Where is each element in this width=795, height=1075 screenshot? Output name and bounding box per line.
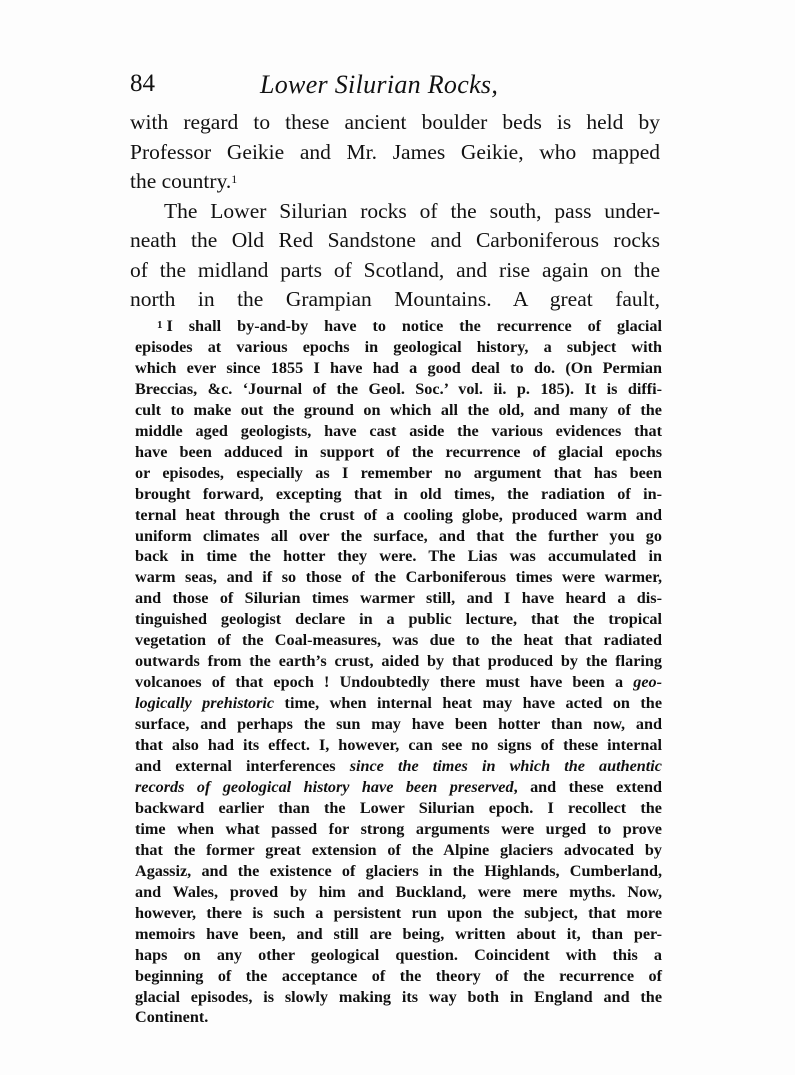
italic-text: since the times in which the authentic (350, 757, 662, 775)
text-line: north in the Grampian Mountains. A great… (130, 285, 660, 315)
footnote-text: I shall by-and-by have to notice the rec… (167, 317, 663, 335)
text-line-with-ref: the country.1 (130, 167, 660, 197)
footnote-line: glacial episodes, is slowly making its w… (135, 987, 662, 1008)
text-line: of the midland parts of Scotland, and ri… (130, 256, 660, 286)
footnote-line: however, there is such a persistent run … (135, 903, 662, 924)
footnote-line: Agassiz, and the existence of glaciers i… (135, 861, 662, 882)
footnote-line: Continent. (135, 1007, 662, 1028)
text-line: with regard to these ancient boulder bed… (130, 108, 660, 138)
footnote-line: volcanoes of that epoch ! Undoubtedly th… (135, 672, 662, 693)
footnote-line: records of geological history have been … (135, 777, 662, 798)
italic-text: geo- (633, 673, 662, 691)
footnote-line: and those of Silurian times warmer still… (135, 588, 662, 609)
footnote-line: 1I shall by-and-by have to notice the re… (135, 316, 662, 337)
footnote-line: memoirs have been, and still are being, … (135, 924, 662, 945)
footnote-line: which ever since 1855 I have had a good … (135, 358, 662, 379)
footnote-line: middle aged geologists, have cast aside … (135, 421, 662, 442)
footnote-text: and external interferences (135, 757, 350, 775)
footnote-line: beginning of the acceptance of the theor… (135, 966, 662, 987)
text-line: The Lower Silurian rocks of the south, p… (130, 197, 660, 227)
running-head: Lower Silurian Rocks, (260, 70, 498, 100)
footnote-line: or episodes, especially as I remember no… (135, 463, 662, 484)
italic-text: logically prehistoric (135, 694, 274, 712)
footnote-line: outwards from the earth’s crust, aided b… (135, 651, 662, 672)
footnote-line: logically prehistoric time, when interna… (135, 693, 662, 714)
footnote: 1I shall by-and-by have to notice the re… (135, 316, 662, 1028)
footnote-line: that the former great extension of the A… (135, 840, 662, 861)
footnote-marker: 1 (157, 319, 163, 331)
page-number: 84 (130, 70, 155, 98)
text-line: Professor Geikie and Mr. James Geikie, w… (130, 138, 660, 168)
footnote-line: warm seas, and if so those of the Carbon… (135, 567, 662, 588)
footnote-line: vegetation of the Coal-measures, was due… (135, 630, 662, 651)
footnote-reference[interactable]: 1 (231, 172, 237, 186)
footnote-text: volcanoes of that epoch ! Undoubtedly th… (135, 673, 633, 691)
footnote-line: ternal heat through the crust of a cooli… (135, 505, 662, 526)
text-line: neath the Old Red Sandstone and Carbonif… (130, 226, 660, 256)
footnote-line: haps on any other geological question. C… (135, 945, 662, 966)
footnote-line: tinguished geologist declare in a public… (135, 609, 662, 630)
footnote-line: and Wales, proved by him and Buckland, w… (135, 882, 662, 903)
footnote-line: and external interferences since the tim… (135, 756, 662, 777)
footnote-line: Breccias, &c. ‘Journal of the Geol. Soc.… (135, 379, 662, 400)
main-text: with regard to these ancient boulder bed… (130, 108, 660, 315)
footnote-line: brought forward, excepting that in old t… (135, 484, 662, 505)
footnote-line: cult to make out the ground on which all… (135, 400, 662, 421)
footnote-line: surface, and perhaps the sun may have be… (135, 714, 662, 735)
footnote-line: backward earlier than the Lower Silurian… (135, 798, 662, 819)
footnote-line: back in time the hotter they were. The L… (135, 546, 662, 567)
footnote-line: have been adduced in support of the recu… (135, 442, 662, 463)
book-page: 84 Lower Silurian Rocks, with regard to … (0, 0, 795, 1075)
footnote-line: time when what passed for strong argumen… (135, 819, 662, 840)
page-header: 84 Lower Silurian Rocks, (130, 70, 670, 104)
text-line: the country. (130, 169, 231, 193)
italic-text: records of geological history have been … (135, 778, 514, 796)
footnote-line: episodes at various epochs in geological… (135, 337, 662, 358)
footnote-line: uniform climates all over the surface, a… (135, 526, 662, 547)
footnote-text: , and these extend (514, 778, 662, 796)
footnote-line: that also had its effect. I, however, ca… (135, 735, 662, 756)
footnote-text: time, when internal heat may have acted … (274, 694, 662, 712)
